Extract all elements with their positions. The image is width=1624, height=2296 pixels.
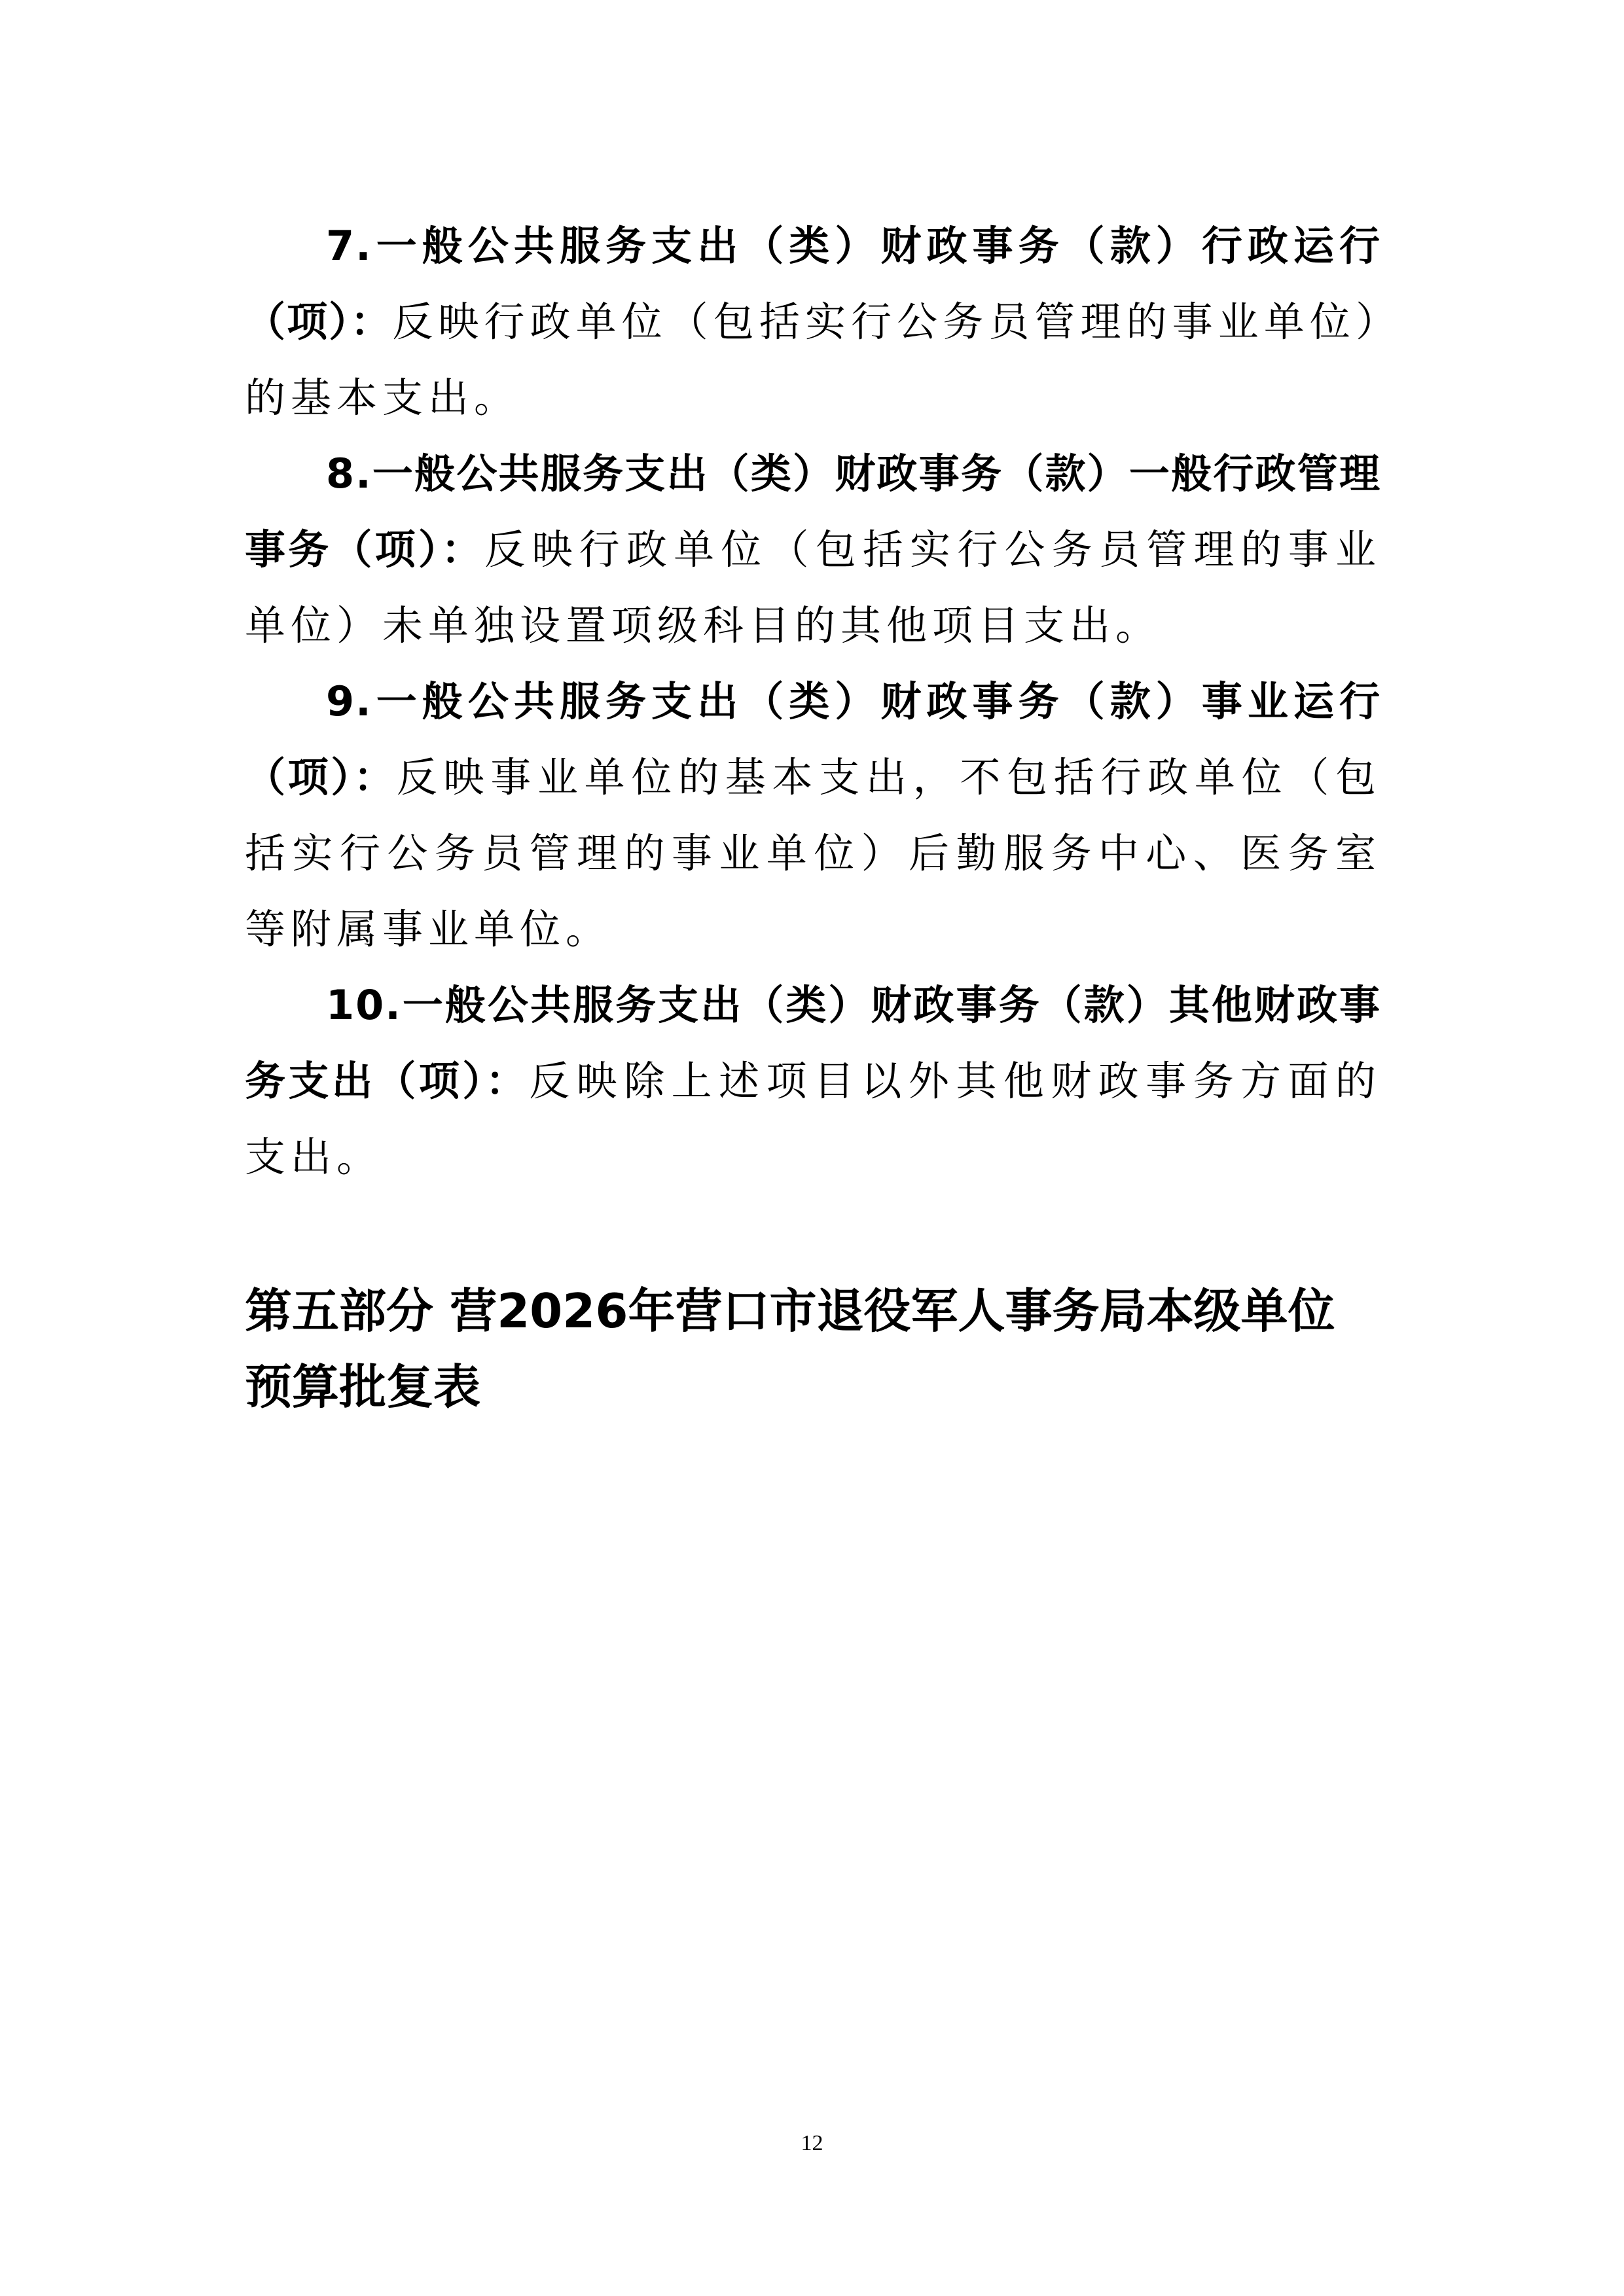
item-body: 反映行政单位（包括实行公务员管理的事业单位）的基本支出。 <box>245 298 1381 422</box>
explanation-item-7: 7.一般公共服务支出（类）财政事务（款）行政运行（项）：反映行政单位（包括实行公… <box>245 208 1381 436</box>
explanation-list: 7.一般公共服务支出（类）财政事务（款）行政运行（项）：反映行政单位（包括实行公… <box>245 208 1381 1195</box>
document-page: 7.一般公共服务支出（类）财政事务（款）行政运行（项）：反映行政单位（包括实行公… <box>0 0 1624 2296</box>
section-title: 第五部分 营2026年营口市退役军人事务局本级单位预算批复表 <box>245 1273 1381 1425</box>
page-number: 12 <box>0 2130 1624 2157</box>
explanation-item-10: 10.一般公共服务支出（类）财政事务（款）其他财政事务支出（项）：反映除上述项目… <box>245 967 1381 1195</box>
explanation-item-9: 9.一般公共服务支出（类）财政事务（款）事业运行（项）：反映事业单位的基本支出，… <box>245 664 1381 967</box>
item-body: 反映事业单位的基本支出，不包括行政单位（包括实行公务员管理的事业单位）后勤服务中… <box>245 753 1381 953</box>
explanation-item-8: 8.一般公共服务支出（类）财政事务（款）一般行政管理事务（项）：反映行政单位（包… <box>245 436 1381 664</box>
